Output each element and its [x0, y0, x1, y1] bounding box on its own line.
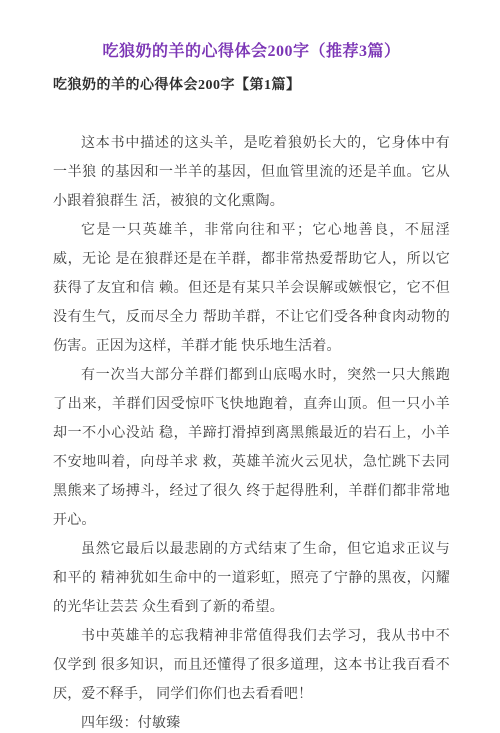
- document-title: 吃狼奶的羊的心得体会200字（推荐3篇）: [53, 40, 450, 64]
- paragraph-2: 它是一只英雄羊，非常向往和平；它心地善良，不屈淫威，无论 是在狼群还是在羊群，都…: [53, 216, 450, 361]
- document-page: 吃狼奶的羊的心得体会200字（推荐3篇） 吃狼奶的羊的心得体会200字【第1篇】…: [0, 0, 500, 733]
- document-body: 这本书中描述的这头羊，是吃着狼奶长大的，它身体中有一半狼 的基因和一半羊的基因，…: [53, 129, 450, 733]
- paragraph-5: 书中英雄羊的忘我精神非常值得我们去学习，我从书中不仅学到 很多知识，而且还懂得了…: [53, 622, 450, 709]
- paragraph-1: 这本书中描述的这头羊，是吃着狼奶长大的，它身体中有一半狼 的基因和一半羊的基因，…: [53, 129, 450, 216]
- paragraph-4: 虽然它最后以最悲剧的方式结束了生命，但它追求正议与和平的 精神犹如生命中的一道彩…: [53, 535, 450, 622]
- section-heading: 吃狼奶的羊的心得体会200字【第1篇】: [53, 76, 450, 96]
- paragraph-3: 有一次当大部分羊群们都到山底喝水时，突然一只大熊跑了出来，羊群们因受惊吓飞快地跑…: [53, 361, 450, 535]
- signature-line: 四年级：付敏臻: [53, 709, 450, 733]
